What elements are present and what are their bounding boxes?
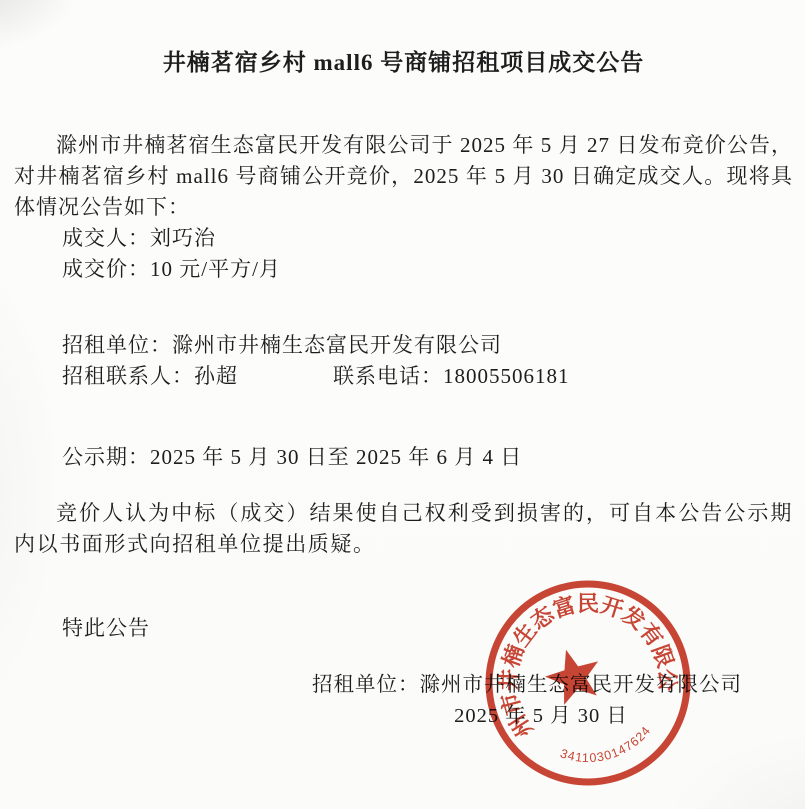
publicity-label: 公示期：: [62, 445, 150, 469]
document-page: 井楠茗宿乡村 mall6 号商铺招租项目成交公告 滁州市井楠茗宿生态富民开发有限…: [0, 0, 805, 809]
contact-line: 招租联系人：孙超联系电话：18005506181: [62, 361, 793, 392]
signature-unit-label: 招租单位：: [312, 674, 420, 696]
page-title: 井楠茗宿乡村 mall6 号商铺招租项目成交公告: [14, 46, 793, 80]
unit-value: 滁州市井楠生态富民开发有限公司: [172, 333, 502, 357]
contact-value: 孙超: [194, 364, 238, 388]
intro-paragraph: 滁州市井楠茗宿生态富民开发有限公司于 2025 年 5 月 27 日发布竞价公告…: [14, 130, 793, 223]
price-line: 成交价：10 元/平方/月: [62, 254, 793, 285]
seal-company-text: 滁州市井楠生态富民开发有限公司: [480, 575, 687, 744]
publicity-line: 公示期：2025 年 5 月 30 日至 2025 年 6 月 4 日: [62, 442, 793, 473]
company-seal: 滁州市井楠生态富民开发有限公司 3411030147624: [480, 575, 696, 791]
unit-label: 招租单位：: [62, 333, 172, 357]
objection-paragraph: 竞价人认为中标（成交）结果使自己权利受到损害的，可自本公告公示期内以书面形式向招…: [14, 498, 793, 560]
publicity-value: 2025 年 5 月 30 日至 2025 年 6 月 4 日: [150, 445, 522, 469]
phone-group: 联系电话：18005506181: [333, 364, 570, 388]
star-icon: [539, 642, 607, 708]
winner-line: 成交人：刘巧治: [62, 223, 793, 254]
winner-value: 刘巧治: [150, 226, 216, 250]
price-label: 成交价：: [62, 257, 150, 281]
phone-label: 联系电话：: [333, 364, 443, 388]
price-value: 10 元/平方/月: [150, 257, 281, 281]
contact-label: 招租联系人：: [62, 364, 194, 388]
unit-line: 招租单位：滁州市井楠生态富民开发有限公司: [62, 330, 793, 361]
winner-label: 成交人：: [62, 226, 150, 250]
seal-graphic: 滁州市井楠生态富民开发有限公司 3411030147624: [480, 575, 696, 791]
phone-value: 18005506181: [443, 364, 570, 388]
